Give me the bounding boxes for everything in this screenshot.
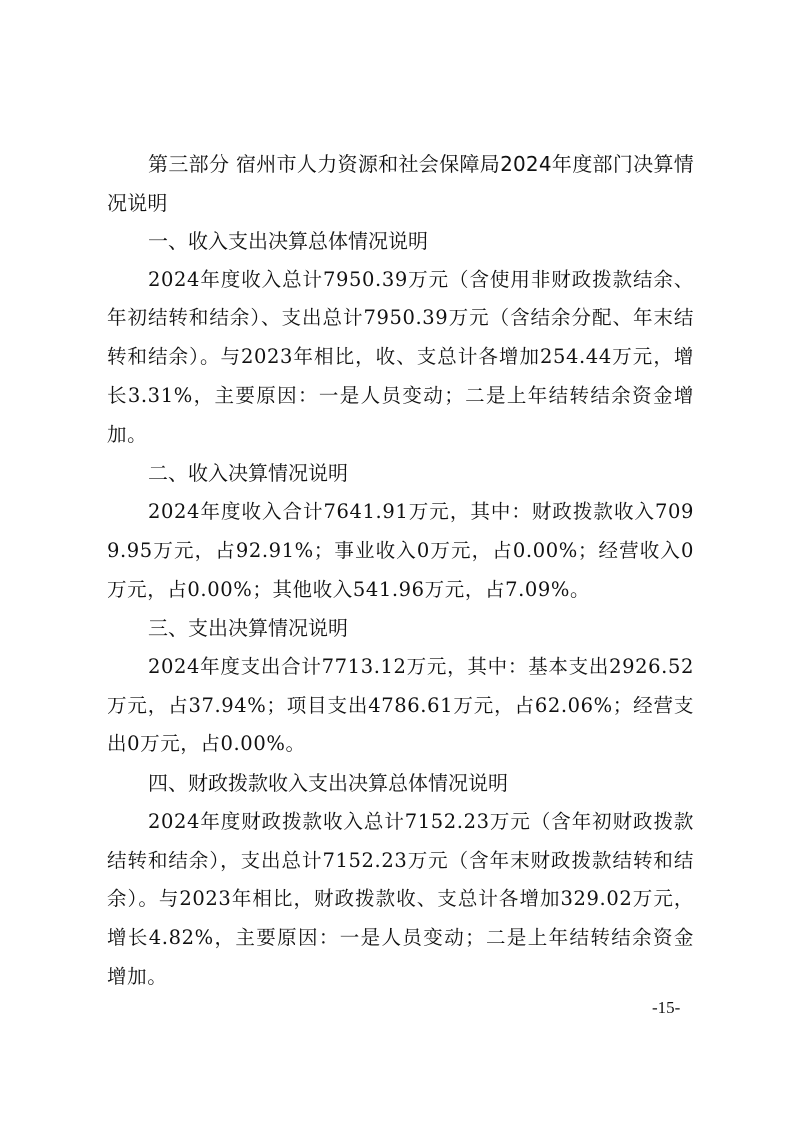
section-heading: 二、收入决算情况说明 — [107, 454, 694, 493]
section-fiscal-appropriation: 四、财政拨款收入支出决算总体情况说明 2024年度财政拨款收入总计7152.23… — [107, 764, 694, 996]
section-overall-income-expenditure: 一、收入支出决算总体情况说明 2024年度收入总计7950.39万元（含使用非财… — [107, 222, 694, 454]
section-heading: 一、收入支出决算总体情况说明 — [107, 222, 694, 261]
section-body: 2024年度收入总计7950.39万元（含使用非财政拨款结余、年初结转和结余）、… — [107, 261, 694, 455]
section-income: 二、收入决算情况说明 2024年度收入合计7641.91万元，其中：财政拨款收入… — [107, 454, 694, 609]
section-body: 2024年度收入合计7641.91万元，其中：财政拨款收入7099.95万元，占… — [107, 493, 694, 609]
page-number: -15- — [652, 998, 680, 1018]
section-body: 2024年度支出合计7713.12万元，其中：基本支出2926.52万元，占37… — [107, 648, 694, 764]
section-expenditure: 三、支出决算情况说明 2024年度支出合计7713.12万元，其中：基本支出29… — [107, 609, 694, 764]
section-heading: 三、支出决算情况说明 — [107, 609, 694, 648]
section-heading: 四、财政拨款收入支出决算总体情况说明 — [107, 764, 694, 803]
section-body: 2024年度财政拨款收入总计7152.23万元（含年初财政拨款结转和结余），支出… — [107, 803, 694, 997]
document-page: 第三部分 宿州市人力资源和社会保障局2024年度部门决算情况说明 一、收入支出决… — [107, 145, 694, 997]
page-title: 第三部分 宿州市人力资源和社会保障局2024年度部门决算情况说明 — [107, 145, 694, 222]
